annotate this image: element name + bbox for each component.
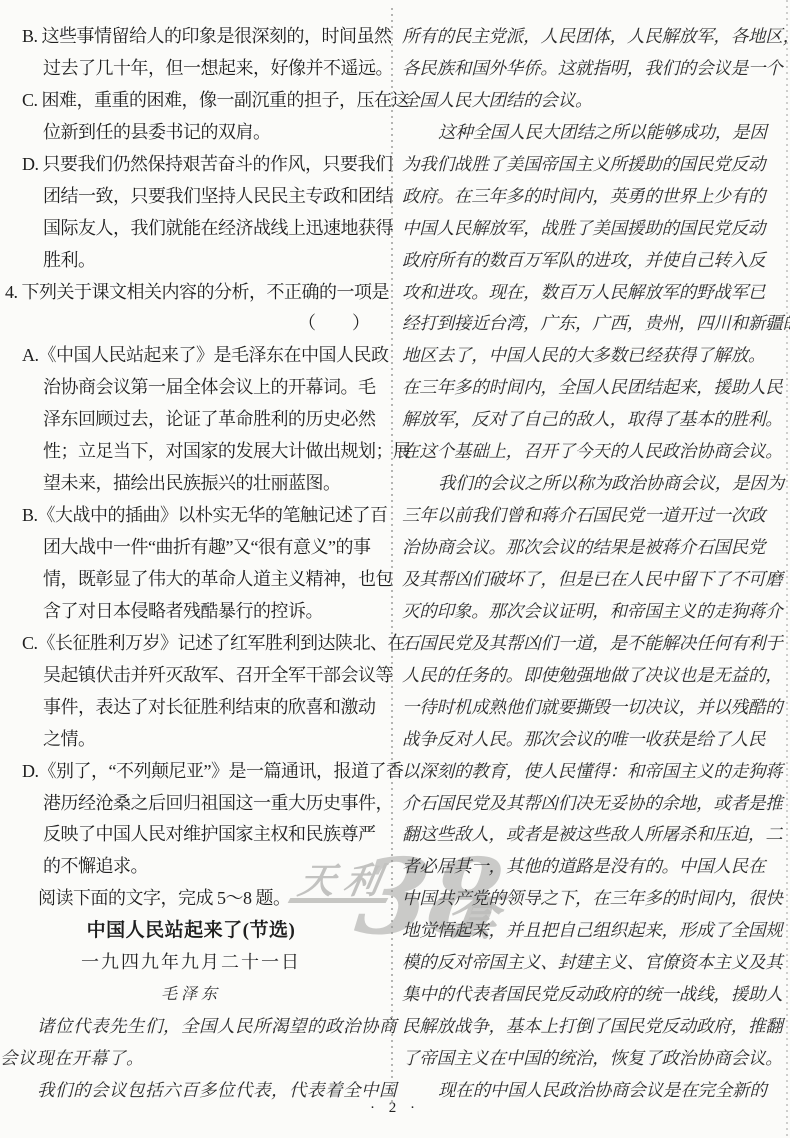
text-line: 了帝国主义在中国的统治，恢复了政治协商会议。: [402, 1043, 780, 1075]
text-line: 中国共产党的领导之下，在三年多的时间内，很快: [402, 883, 780, 915]
page-number: · 2 ·: [0, 1100, 790, 1117]
text-line: 胜利。: [0, 245, 382, 277]
text-line: 政府。在三年多的时间内，英勇的世界上少有的: [402, 181, 780, 213]
text-line: 的不懈追求。: [0, 851, 382, 883]
text-line: 性；立足当下，对国家的发展大计做出规划；展: [0, 436, 382, 468]
text-line: 我们的会议之所以称为政治协商会议，是因为: [402, 468, 780, 500]
page-edge-line: [786, 0, 788, 1138]
text-line: 战争反对人民。那次会议的唯一收获是给了人民: [402, 724, 780, 756]
text-line: 国际友人，我们就能在经济战线上迅速地获得: [0, 213, 382, 245]
text-line: 会议现在开幕了。: [0, 1043, 382, 1075]
text-line: C. 困难，重重的困难，像一副沉重的担子，压在这: [0, 85, 382, 117]
text-line: 一待时机成熟他们就要撕毁一切决议，并以残酷的: [402, 692, 780, 724]
text-line: 反映了中国人民对维护国家主权和民族尊严: [0, 819, 382, 851]
text-line: 之情。: [0, 724, 382, 756]
text-line: 政府所有的数百万军队的进攻，并使自己转入反: [402, 245, 780, 277]
text-line: 一九四九年九月二十一日: [0, 947, 382, 979]
text-line: D.《别了，“不列颠尼亚”》是一篇通讯，报道了香: [0, 756, 382, 788]
text-line: 阅读下面的文字，完成 5～8 题。: [0, 883, 382, 915]
text-line: 毛泽东: [0, 979, 382, 1011]
text-line: 攻和进攻。现在，数百万人民解放军的野战军已: [402, 277, 780, 309]
text-line: 团结一致，只要我们坚持人民民主专政和团结: [0, 181, 382, 213]
text-line: 4. 下列关于课文相关内容的分析，不正确的一项是: [0, 277, 382, 309]
column-divider: [391, 8, 393, 1104]
text-line: 为我们战胜了美国帝国主义所援助的国民党反动: [402, 149, 780, 181]
text-line: 及其帮凶们破坏了，但是已在人民中留下了不可磨: [402, 564, 780, 596]
text-line: 治协商会议。那次会议的结果是被蒋介石国民党: [402, 532, 780, 564]
text-line: A.《中国人民站起来了》是毛泽东在中国人民政: [0, 340, 382, 372]
text-line: 以深刻的教育，使人民懂得：和帝国主义的走狗蒋: [402, 756, 780, 788]
text-line: 情，既彰显了伟大的革命人道主义精神，也包: [0, 564, 382, 596]
text-line: D. 只要我们仍然保持艰苦奋斗的作风，只要我们: [0, 149, 382, 181]
text-line: 地区去了，中国人民的大多数已经获得了解放。: [402, 340, 780, 372]
text-line: 灭的印象。那次会议证明，和帝国主义的走狗蒋介: [402, 596, 780, 628]
text-line: 解放军，反对了自己的敌人，取得了基本的胜利。: [402, 404, 780, 436]
text-line: 翻这些敌人，或者是被这些敌人所屠杀和压迫，二: [402, 819, 780, 851]
text-line: 地觉悟起来，并且把自己组织起来，形成了全国规: [402, 915, 780, 947]
text-line: 中国人民站起来了(节选): [0, 915, 382, 947]
text-line: 位新到任的县委书记的双肩。: [0, 117, 382, 149]
text-line: 吴起镇伏击并歼灭敌军、召开全军干部会议等: [0, 660, 382, 692]
text-line: 者必居其一，其他的道路是没有的。中国人民在: [402, 851, 780, 883]
right-column: 所有的民主党派，人民团体，人民解放军，各地区，各民族和国外华侨。这就指明，我们的…: [402, 21, 780, 1107]
text-line: 过去了几十年，但一想起来，好像并不遥远。: [0, 53, 382, 85]
text-line: 在这个基础上，召开了今天的人民政治协商会议。: [402, 436, 780, 468]
text-line: 事件，表达了对长征胜利结束的欣喜和激动: [0, 692, 382, 724]
text-line: 介石国民党及其帮凶们决无妥协的余地，或者是推: [402, 788, 780, 820]
left-column: B. 这些事情留给人的印象是很深刻的，时间虽然过去了几十年，但一想起来，好像并不…: [0, 21, 382, 1107]
text-line: 集中的代表者国民党反动政府的统一战线，援助人: [402, 979, 780, 1011]
text-line: B. 这些事情留给人的印象是很深刻的，时间虽然: [0, 21, 382, 53]
text-line: 这种全国人民大团结之所以能够成功，是因: [402, 117, 780, 149]
text-line: 中国人民解放军，战胜了美国援助的国民党反动: [402, 213, 780, 245]
text-line: B.《大战中的插曲》以朴实无华的笔触记述了百: [0, 500, 382, 532]
text-line: 三年以前我们曾和蒋介石国民党一道开过一次政: [402, 500, 780, 532]
text-line: 所有的民主党派，人民团体，人民解放军，各地区，: [402, 21, 780, 53]
exam-page: 天利 38 套 B. 这些事情留给人的印象是很深刻的，时间虽然过去了几十年，但一…: [0, 0, 790, 1138]
text-line: C.《长征胜利万岁》记述了红军胜利到达陕北、在: [0, 628, 382, 660]
text-line: 民解放战争，基本上打倒了国民党反动政府，推翻: [402, 1011, 780, 1043]
text-line: 各民族和国外华侨。这就指明，我们的会议是一个: [402, 53, 780, 85]
text-line: 石国民党及其帮凶们一道，是不能解决任何有利于: [402, 628, 780, 660]
text-line: 在三年多的时间内，全国人民团结起来，援助人民: [402, 372, 780, 404]
text-line: 港历经沧桑之后回归祖国这一重大历史事件，: [0, 788, 382, 820]
text-line: 经打到接近台湾，广东，广西，贵州，四川和新疆的: [402, 308, 780, 340]
text-line: 望未来，描绘出民族振兴的壮丽蓝图。: [0, 468, 382, 500]
text-line: 泽东回顾过去，论证了革命胜利的历史必然: [0, 404, 382, 436]
text-line: 模的反对帝国主义、封建主义、官僚资本主义及其: [402, 947, 780, 979]
text-line: 含了对日本侵略者残酷暴行的控诉。: [0, 596, 382, 628]
text-line: 治协商会议第一届全体会议上的开幕词。毛: [0, 372, 382, 404]
text-line: 人民的任务的。即使勉强地做了决议也是无益的，: [402, 660, 780, 692]
text-line: （ ）: [0, 308, 382, 340]
text-line: 团大战中一件“曲折有趣”又“很有意义”的事: [0, 532, 382, 564]
text-line: 全国人民大团结的会议。: [402, 85, 780, 117]
text-line: 诸位代表先生们，全国人民所渴望的政治协商: [0, 1011, 382, 1043]
